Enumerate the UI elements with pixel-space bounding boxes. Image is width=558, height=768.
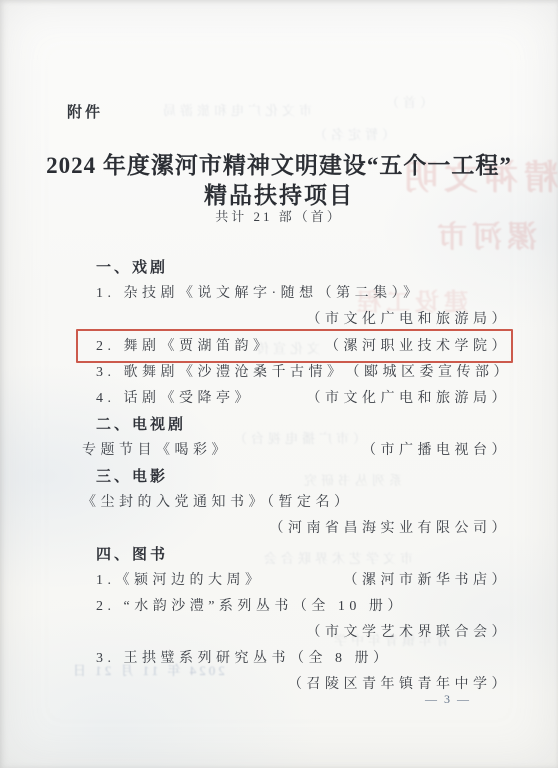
item-text: 2. “水韵沙澧”系列丛书（全 10 册） xyxy=(96,595,406,617)
section-heading-film: 三、电影 xyxy=(96,465,510,487)
bleedthrough-text: 市文化广电和旅游局 xyxy=(112,100,312,119)
item-organization: （市文化广电和旅游局） xyxy=(96,308,510,330)
item-text: 2. 舞剧《贾湖笛韵》 xyxy=(96,335,272,357)
item-organization: （市广播电视台） xyxy=(362,439,510,461)
scanned-document-page: 市文化广电和旅游局 （首） （暂定名） 精神文明 漯河市 建设工程 文化宣传 （… xyxy=(0,0,558,768)
item-text: 3. 王拱璧系列研究丛书（全 8 册） xyxy=(96,647,392,669)
document-title-line1: 2024 年度漯河市精神文明建设“五个一工程” xyxy=(0,147,558,180)
list-item: 专题节目《喝彩》 （市广播电视台） xyxy=(82,439,510,461)
page-number: — 3 — xyxy=(412,692,484,707)
list-item: 1. 杂技剧《说文解字·随想（第二集）》 xyxy=(96,282,510,304)
list-item: 2. “水韵沙澧”系列丛书（全 10 册） xyxy=(96,595,510,617)
section-heading-books: 四、图书 xyxy=(96,543,510,565)
list-item: 3. 王拱璧系列研究丛书（全 8 册） xyxy=(96,647,510,669)
item-organization: （市文学艺术界联合会） xyxy=(96,621,510,643)
item-text: 3. 歌舞剧《沙澧沧桑千古情》 xyxy=(96,361,346,383)
item-organization: （漯河市新华书店） xyxy=(344,569,511,591)
item-text: 1.《颍河边的大周》 xyxy=(96,569,264,591)
document-subtitle: 共计 21 部（首） xyxy=(0,206,558,225)
list-item: 3. 歌舞剧《沙澧沧桑千古情》 （郾城区委宣传部） xyxy=(96,361,510,383)
list-item: 4. 话剧《受降亭》 （市文化广电和旅游局） xyxy=(96,387,510,409)
item-text: 专题节目《喝彩》 xyxy=(82,439,230,461)
bleedthrough-text: （暂定名） xyxy=(310,124,395,143)
item-organization: （郾城区委宣传部） xyxy=(346,361,513,383)
list-item: 1.《颍河边的大周》 （漯河市新华书店） xyxy=(96,569,510,591)
item-organization: （漯河职业技术学院） xyxy=(325,335,510,357)
section-heading-drama: 一、戏剧 xyxy=(96,256,510,278)
attachment-label: 附件 xyxy=(67,101,103,122)
list-item: 《尘封的入党通知书》（暂定名） xyxy=(82,491,510,513)
list-item-highlighted: 2. 舞剧《贾湖笛韵》 （漯河职业技术学院） xyxy=(96,335,510,357)
item-text: 4. 话剧《受降亭》 xyxy=(96,387,253,409)
section-heading-tv: 二、电视剧 xyxy=(96,413,510,435)
item-text: 1. 杂技剧《说文解字·随想（第二集）》 xyxy=(96,282,422,304)
item-organization: （市文化广电和旅游局） xyxy=(307,387,511,409)
bleedthrough-text: （首） xyxy=(382,92,433,111)
item-text: 《尘封的入党通知书》（暂定名） xyxy=(82,491,353,513)
item-organization: （河南省昌海实业有限公司） xyxy=(96,517,510,539)
